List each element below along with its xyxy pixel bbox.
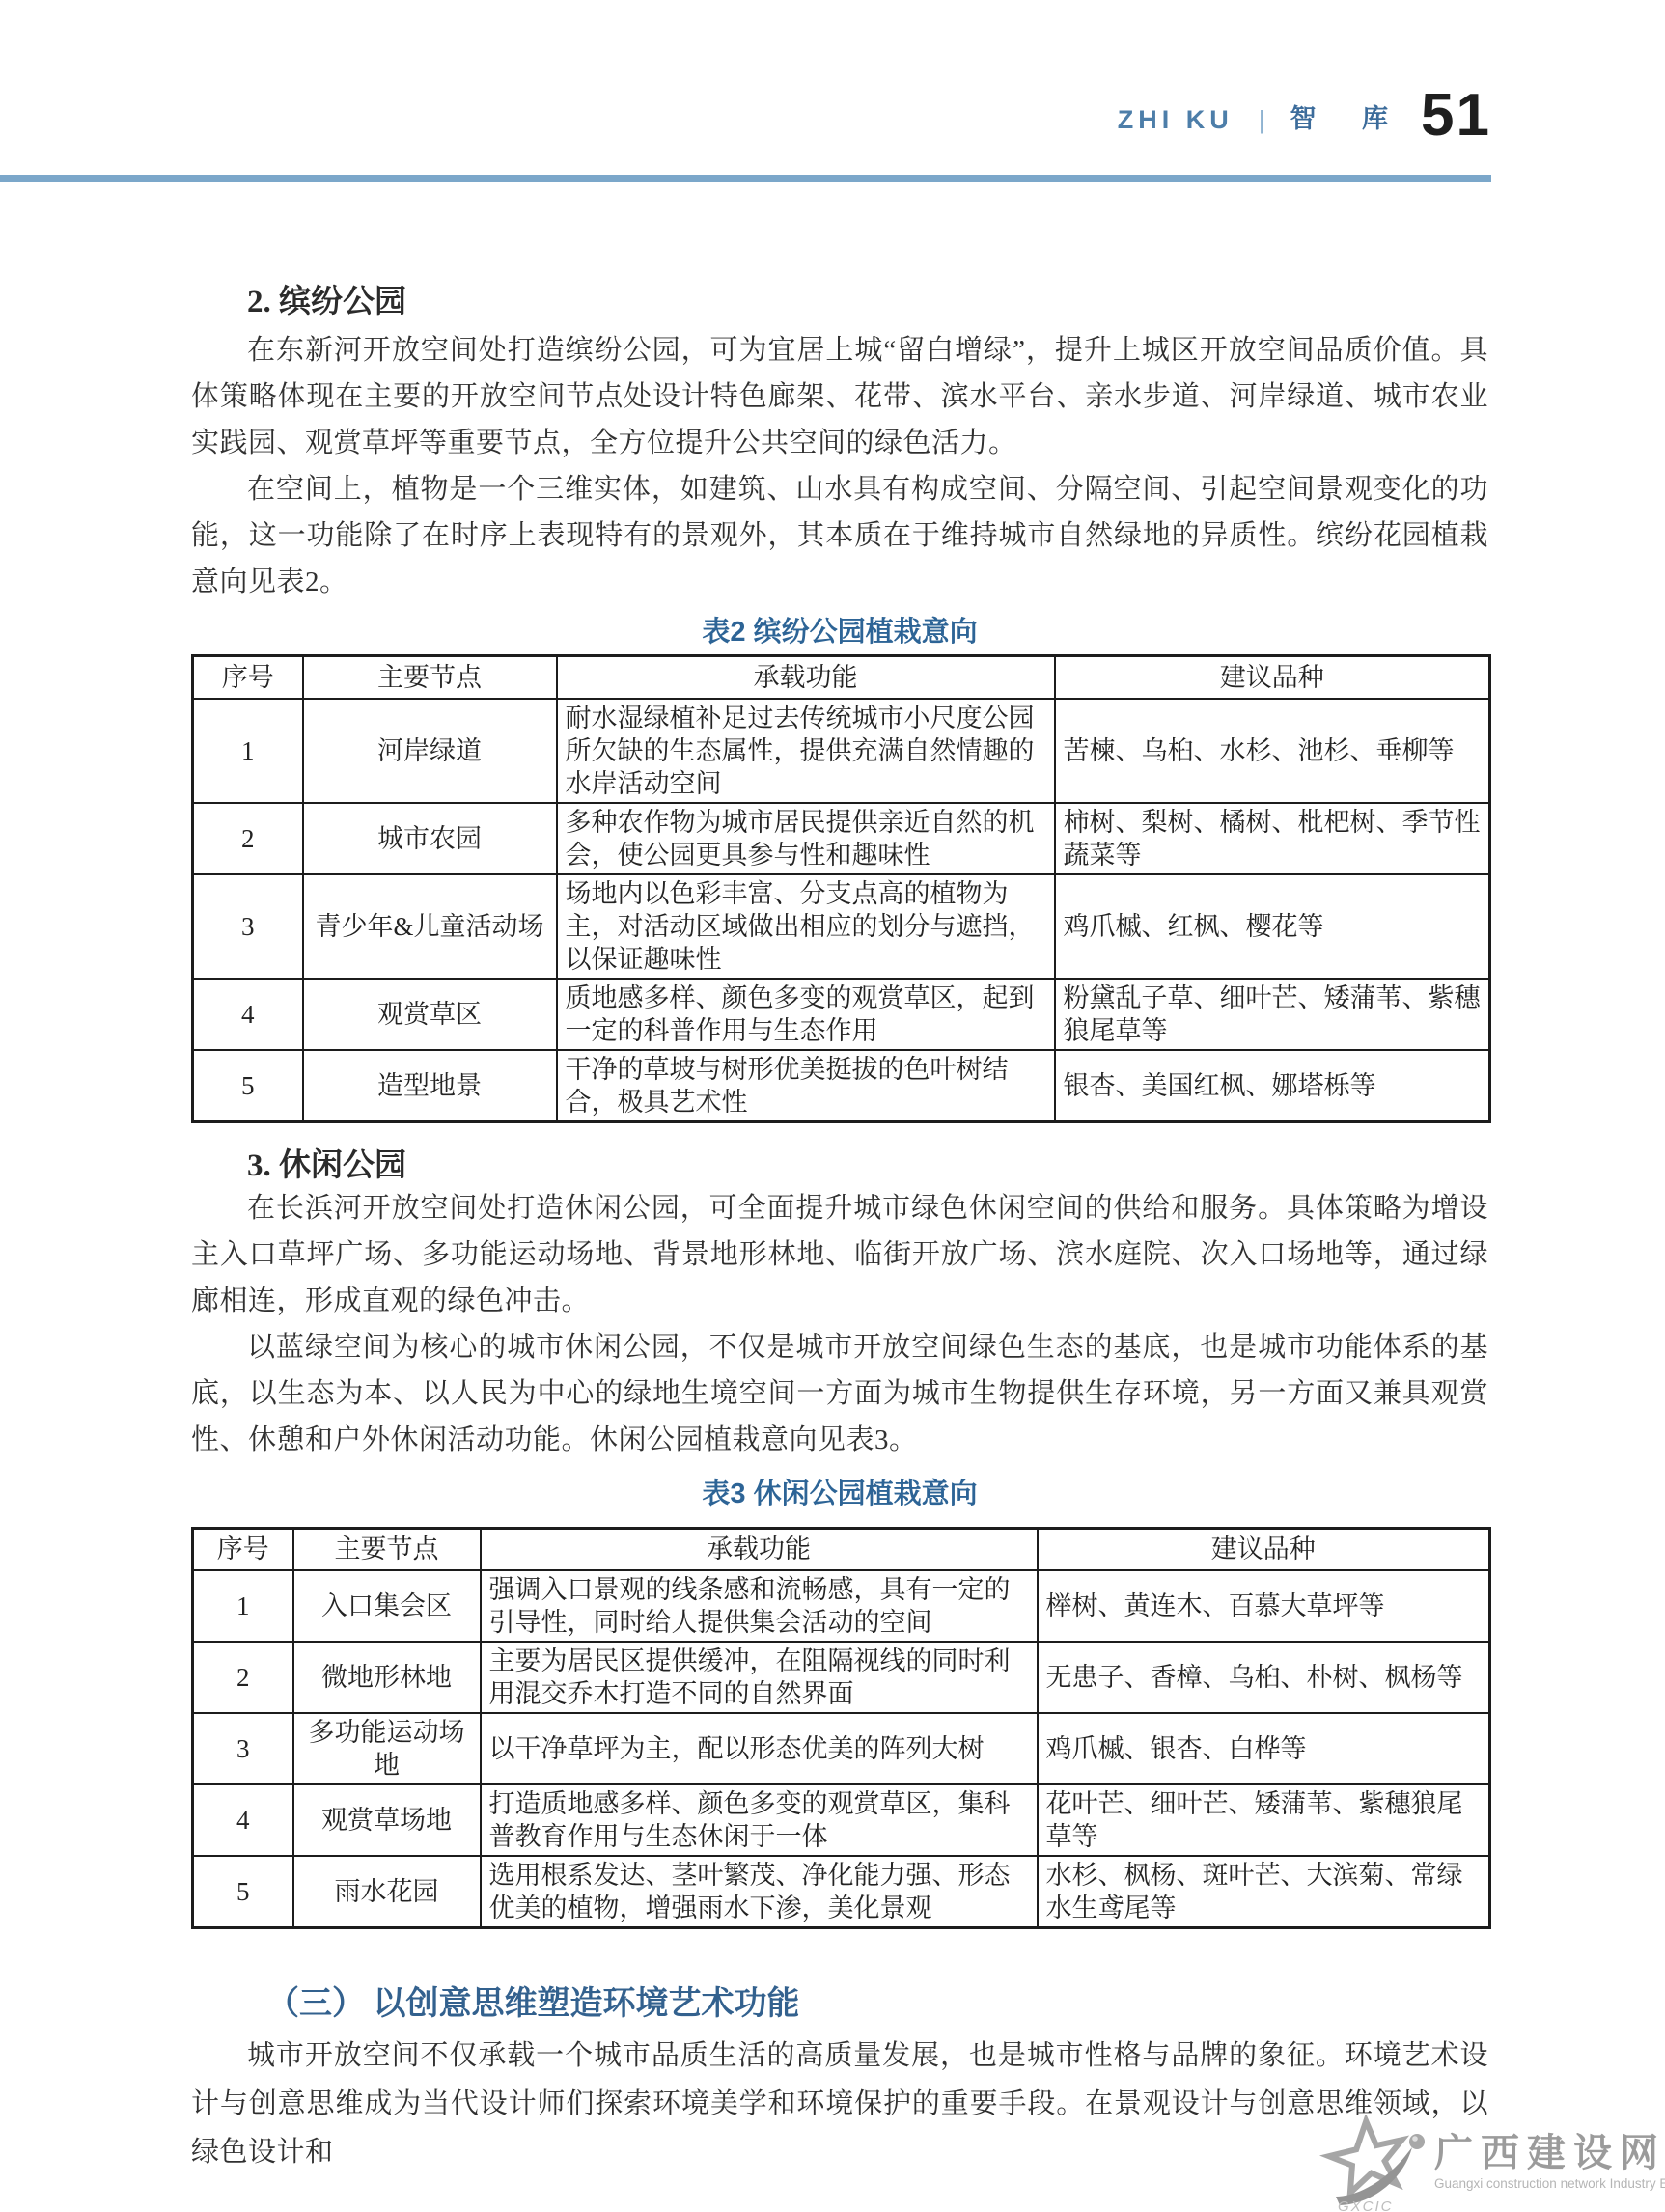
section-heading-xiuxian-park: 3. 休闲公园 xyxy=(191,1147,1488,1185)
table-cell: 耐水湿绿植补足过去传统城市小尺度公园所欠缺的生态属性，提供充满自然情趣的水岸活动… xyxy=(557,699,1055,803)
table-row: 2 城市农园 多种农作物为城市居民提供亲近自然的机会，使公园更具参与性和趣味性 … xyxy=(193,803,1490,874)
table-cell: 观赏草区 xyxy=(303,979,557,1050)
table-cell: 1 xyxy=(193,699,303,803)
table-header-cell: 主要节点 xyxy=(303,656,557,699)
table-cell: 青少年&儿童活动场 xyxy=(303,874,557,979)
table-cell: 干净的草坡与树形优美挺拔的色叶树结合，极具艺术性 xyxy=(557,1050,1055,1122)
logo-title: 广西建设网 xyxy=(1434,2133,1665,2173)
article-column: 2. 缤纷公园 在东新河开放空间处打造缤纷公园，可为宜居上城“留白增绿”，提升上… xyxy=(191,0,1488,2176)
table-row: 1 入口集会区 强调入口景观的线条感和流畅感，具有一定的引导性，同时给人提供集会… xyxy=(193,1570,1490,1642)
table-cell: 城市农园 xyxy=(303,803,557,874)
table-cell: 微地形林地 xyxy=(293,1642,481,1713)
table2-caption: 表2 缤纷公园植栽意向 xyxy=(191,613,1488,651)
table-header-cell: 承载功能 xyxy=(557,656,1055,699)
table-row: 3 多功能运动场地 以干净草坪为主，配以形态优美的阵列大树 鸡爪槭、银杏、白桦等 xyxy=(193,1713,1490,1784)
table-cell: 以干净草坪为主，配以形态优美的阵列大树 xyxy=(481,1713,1038,1784)
table-row: 3 青少年&儿童活动场 场地内以色彩丰富、分支点高的植物为主，对活动区域做出相应… xyxy=(193,874,1490,979)
table-cell: 入口集会区 xyxy=(293,1570,481,1642)
table-cell: 水杉、枫杨、斑叶芒、大滨菊、常绿水生鸢尾等 xyxy=(1038,1856,1490,1928)
table-header-cell: 建议品种 xyxy=(1055,656,1490,699)
table-cell: 河岸绿道 xyxy=(303,699,557,803)
table-row: 4 观赏草区 质地感多样、颜色多变的观赏草区，起到一定的科普作用与生态作用 粉黛… xyxy=(193,979,1490,1050)
table-header-row: 序号 主要节点 承载功能 建议品种 xyxy=(193,656,1490,699)
table-cell: 观赏草场地 xyxy=(293,1784,481,1856)
table-row: 1 河岸绿道 耐水湿绿植补足过去传统城市小尺度公园所欠缺的生态属性，提供充满自然… xyxy=(193,699,1490,803)
footer-logo: GXCIC 广西建设网 Guangxi construction network… xyxy=(1315,2115,1665,2212)
table-cell: 苦楝、乌桕、水杉、池杉、垂柳等 xyxy=(1055,699,1490,803)
table-cell: 打造质地感多样、颜色多变的观赏草区，集科普教育作用与生态休闲于一体 xyxy=(481,1784,1038,1856)
table-row: 2 微地形林地 主要为居民区提供缓冲，在阻隔视线的同时利用混交乔木打造不同的自然… xyxy=(193,1642,1490,1713)
table-cell: 2 xyxy=(193,1642,293,1713)
table3-caption: 表3 休闲公园植栽意向 xyxy=(191,1475,1488,1513)
table-cell: 鸡爪槭、银杏、白桦等 xyxy=(1038,1713,1490,1784)
section-heading-creative-art: （三） 以创意思维塑造环境艺术功能 xyxy=(191,1983,1488,2026)
logo-text-block: 广西建设网 Guangxi construction network Indus… xyxy=(1434,2115,1665,2193)
table-header-cell: 建议品种 xyxy=(1038,1528,1490,1570)
table-header-cell: 序号 xyxy=(193,1528,293,1570)
table-cell: 粉黛乱子草、细叶芒、矮蒲苇、紫穗狼尾草等 xyxy=(1055,979,1490,1050)
logo-acronym: GXCIC xyxy=(1338,2198,1394,2212)
logo-subtitle: Guangxi construction network Industry Ed… xyxy=(1434,2175,1665,2193)
paragraph-xiuxian-2: 以蓝绿空间为核心的城市休闲公园，不仅是城市开放空间绿色生态的基底，也是城市功能体… xyxy=(191,1324,1488,1463)
table-cell: 雨水花园 xyxy=(293,1856,481,1928)
table-row: 5 造型地景 干净的草坡与树形优美挺拔的色叶树结合，极具艺术性 银杏、美国红枫、… xyxy=(193,1050,1490,1122)
star-icon: GXCIC xyxy=(1315,2115,1432,2212)
table-header-row: 序号 主要节点 承载功能 建议品种 xyxy=(193,1528,1490,1570)
table-cell: 强调入口景观的线条感和流畅感，具有一定的引导性，同时给人提供集会活动的空间 xyxy=(481,1570,1038,1642)
table-cell: 4 xyxy=(193,979,303,1050)
table-cell: 5 xyxy=(193,1050,303,1122)
planting-table-xiuxian: 序号 主要节点 承载功能 建议品种 1 入口集会区 强调入口景观的线条感和流畅感… xyxy=(191,1527,1491,1930)
section-heading-binfen-park: 2. 缤纷公园 xyxy=(191,283,1488,321)
table-cell: 柿树、梨树、橘树、枇杷树、季节性蔬菜等 xyxy=(1055,803,1490,874)
table-cell: 银杏、美国红枫、娜塔栎等 xyxy=(1055,1050,1490,1122)
table-cell: 质地感多样、颜色多变的观赏草区，起到一定的科普作用与生态作用 xyxy=(557,979,1055,1050)
table-cell: 多种农作物为城市居民提供亲近自然的机会，使公园更具参与性和趣味性 xyxy=(557,803,1055,874)
planting-table-binfen: 序号 主要节点 承载功能 建议品种 1 河岸绿道 耐水湿绿植补足过去传统城市小尺… xyxy=(191,654,1491,1123)
table-cell: 5 xyxy=(193,1856,293,1928)
table-cell: 选用根系发达、茎叶繁茂、净化能力强、形态优美的植物，增强雨水下渗，美化景观 xyxy=(481,1856,1038,1928)
table-cell: 3 xyxy=(193,874,303,979)
table-cell: 无患子、香樟、乌桕、朴树、枫杨等 xyxy=(1038,1642,1490,1713)
magazine-page: ZHI KU | 智 库 51 2. 缤纷公园 在东新河开放空间处打造缤纷公园，… xyxy=(0,0,1665,2212)
paragraph-binfen-1: 在东新河开放空间处打造缤纷公园，可为宜居上城“留白增绿”，提升上城区开放空间品质… xyxy=(191,327,1488,466)
table-cell: 2 xyxy=(193,803,303,874)
table-cell: 主要为居民区提供缓冲，在阻隔视线的同时利用混交乔木打造不同的自然界面 xyxy=(481,1642,1038,1713)
table-row: 4 观赏草场地 打造质地感多样、颜色多变的观赏草区，集科普教育作用与生态休闲于一… xyxy=(193,1784,1490,1856)
table-header-cell: 序号 xyxy=(193,656,303,699)
table-cell: 榉树、黄连木、百慕大草坪等 xyxy=(1038,1570,1490,1642)
table-row: 5 雨水花园 选用根系发达、茎叶繁茂、净化能力强、形态优美的植物，增强雨水下渗，… xyxy=(193,1856,1490,1928)
table-cell: 造型地景 xyxy=(303,1050,557,1122)
table-header-cell: 承载功能 xyxy=(481,1528,1038,1570)
table-cell: 1 xyxy=(193,1570,293,1642)
table-cell: 花叶芒、细叶芒、矮蒲苇、紫穗狼尾草等 xyxy=(1038,1784,1490,1856)
table-cell: 3 xyxy=(193,1713,293,1784)
table-cell: 4 xyxy=(193,1784,293,1856)
paragraph-xiuxian-1: 在长浜河开放空间处打造休闲公园，可全面提升城市绿色休闲空间的供给和服务。具体策略… xyxy=(191,1185,1488,1324)
paragraph-binfen-2: 在空间上，植物是一个三维实体，如建筑、山水具有构成空间、分隔空间、引起空间景观变… xyxy=(191,466,1488,605)
table-cell: 场地内以色彩丰富、分支点高的植物为主，对活动区域做出相应的划分与遮挡，以保证趣味… xyxy=(557,874,1055,979)
paragraph-creative-1: 城市开放空间不仅承载一个城市品质生活的高质量发展，也是城市性格与品牌的象征。环境… xyxy=(191,2032,1488,2176)
table-header-cell: 主要节点 xyxy=(293,1528,481,1570)
table-cell: 鸡爪槭、红枫、樱花等 xyxy=(1055,874,1490,979)
table-cell: 多功能运动场地 xyxy=(293,1713,481,1784)
